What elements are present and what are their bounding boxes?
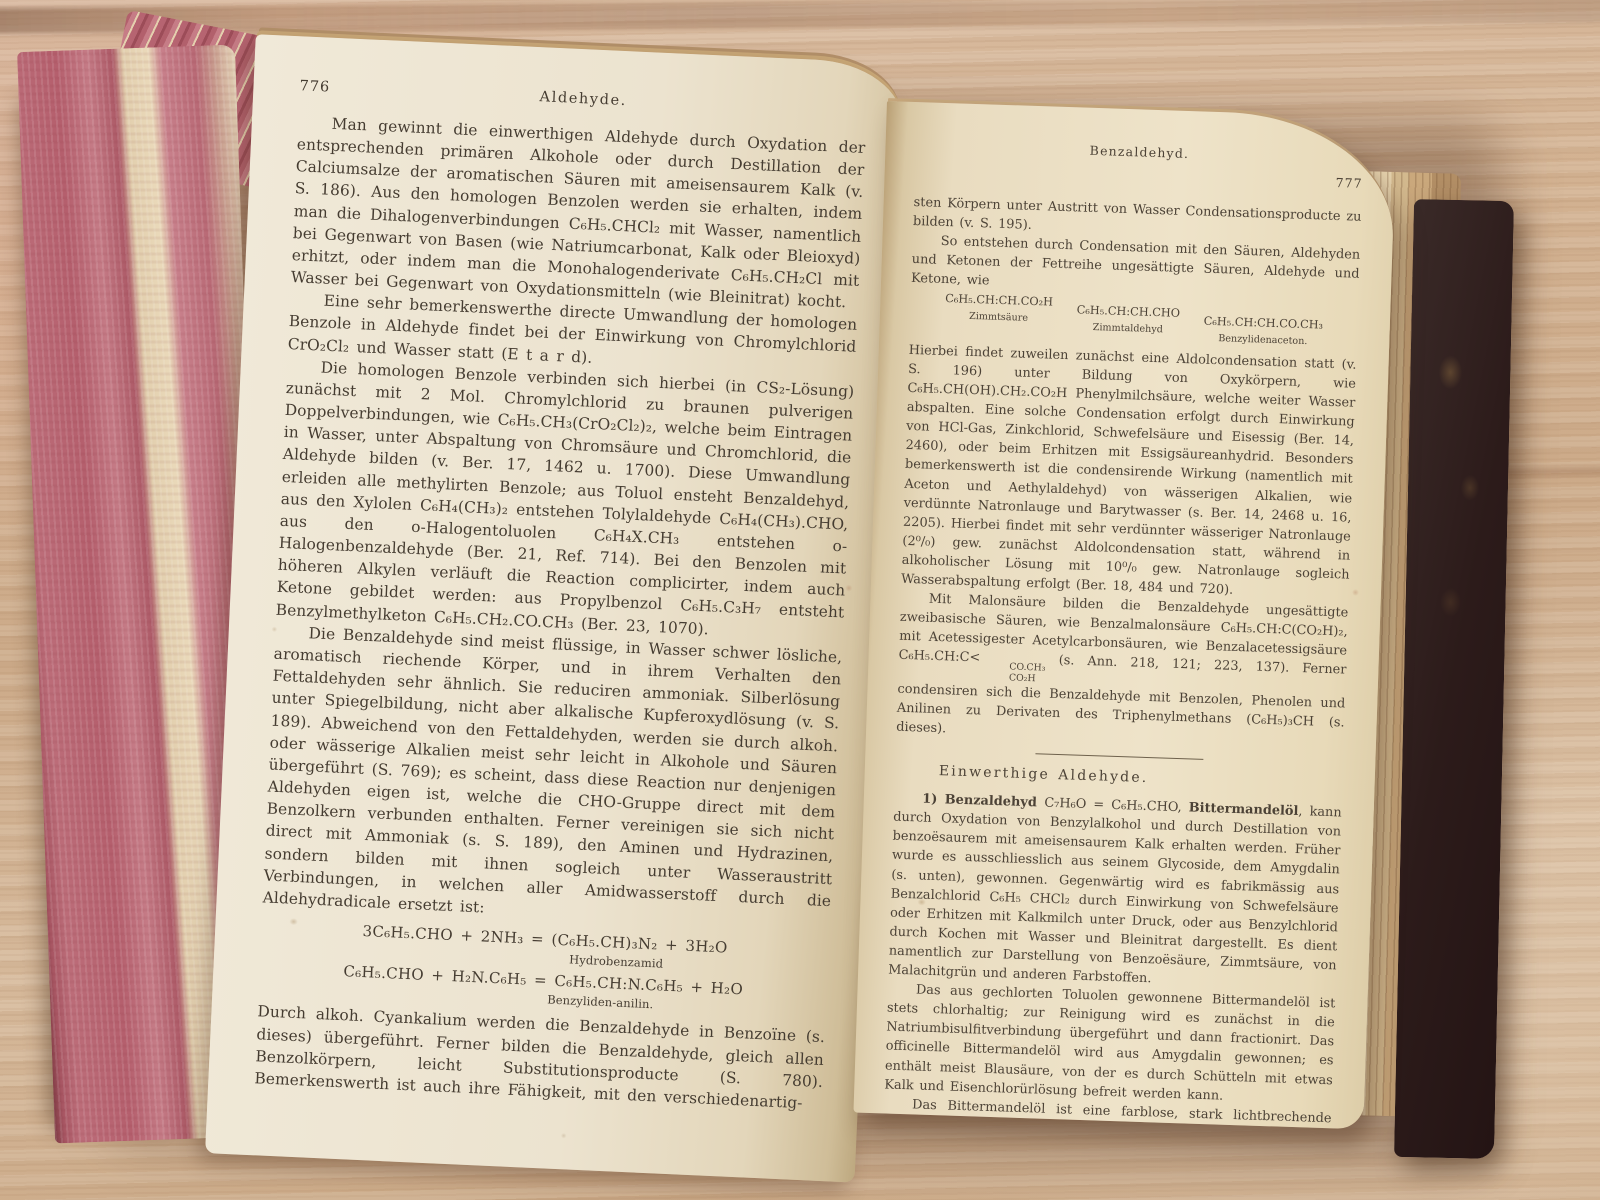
paragraph: Die Benzaldehyde sind meist flüssige, in… [262,621,842,935]
angle-brace: < [969,650,980,665]
paragraph-benzaldehyd: 1) Benzaldehyd C₇H₆O = C₆H₅.CHO, Bitterm… [888,789,1342,995]
paragraph: Man gewinnt die einwerthigen Aldehyde du… [290,111,865,314]
paragraph: Hierbei findet zuweilen zunächst eine Al… [901,341,1357,604]
left-running-header: Aldehyde. [363,79,803,120]
section-divider-rule [1035,754,1203,761]
formula-benzylidenaceton: C₆H₅.CH:CH.CO.CH₃ Benzylidenaceton. [1203,314,1323,350]
right-page-header: Benzaldehyd. 777 [914,136,1363,193]
left-page-text-block: 776 Aldehyde. Man gewinnt die einwerthig… [207,34,905,1142]
paragraph: Das aus gechlorten Toluolen gewonnene Bi… [884,980,1336,1109]
header-spacer [803,99,867,102]
left-page: 776 Aldehyde. Man gewinnt die einwerthig… [205,34,905,1182]
right-cover-leather [1394,199,1514,1159]
right-running-header: Benzaldehyd. [979,138,1299,167]
paragraph: Die homologen Benzole verbinden sich hie… [275,355,854,647]
paragraph-malonsaeure: Mit Malonsäure bilden die Benzaldehyde u… [896,589,1349,752]
formula-zimmtaldehyd: C₆H₅.CH:CH.CHO Zimmtaldehyd [1076,302,1181,344]
stacked-groups: CO.CH₃CO₂H [980,662,1045,685]
right-page-text-block: Benzaldehyd. 777 sten Körpern unter Aust… [853,101,1396,1129]
header-spacer [916,136,980,138]
left-page-number: 776 [299,76,364,100]
paragraph: Durch alkoh. Cyankalium werden die Benza… [254,1001,825,1115]
section-heading: Einwerthige Aldehyde. [938,762,1342,796]
right-page: Benzaldehyd. 777 sten Körpern unter Aust… [853,101,1396,1129]
formula-zimmtsaeure: C₆H₅.CH:CH.CO₂H Zimmtsäure [944,291,1053,340]
